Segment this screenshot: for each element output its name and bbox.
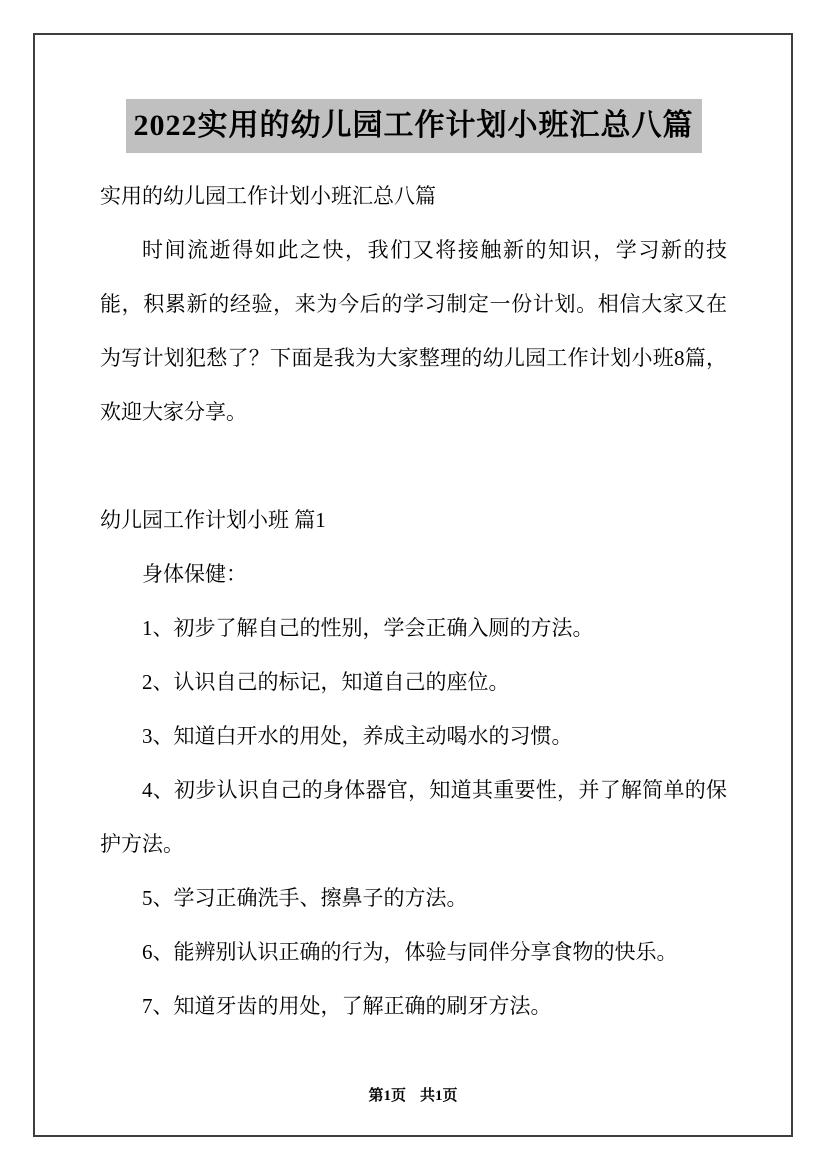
paragraph: 4、初步认识自己的身体器官，知道其重要性，并了解简单的保护方法。 [100, 763, 727, 871]
document-subtitle: 实用的幼儿园工作计划小班汇总八篇 [100, 169, 727, 223]
paragraph: 2、认识自己的标记，知道自己的座位。 [100, 655, 727, 709]
paragraph: 身体保健： [100, 547, 727, 601]
document-title-highlight: 2022实用的幼儿园工作计划小班汇总八篇 [126, 99, 702, 153]
page-total-label: 共1页 [420, 1088, 458, 1104]
paragraph: 3、知道白开水的用处，养成主动喝水的习惯。 [100, 709, 727, 763]
paragraph: 5、学习正确洗手、擦鼻子的方法。 [100, 871, 727, 925]
intro-paragraph: 时间流逝得如此之快，我们又将接触新的知识，学习新的技能，积累新的经验，来为今后的… [100, 223, 727, 439]
paragraph: 1、初步了解自己的性别，学会正确入厕的方法。 [100, 601, 727, 655]
document-canvas: 2022实用的幼儿园工作计划小班汇总八篇 实用的幼儿园工作计划小班汇总八篇 时间… [0, 0, 827, 1170]
page-footer: 第1页共1页 [35, 1087, 791, 1105]
paragraph: 6、能辨别认识正确的行为，体验与同伴分享食物的快乐。 [100, 925, 727, 979]
section-heading: 幼儿园工作计划小班 篇1 [100, 493, 727, 547]
page-content: 2022实用的幼儿园工作计划小班汇总八篇 实用的幼儿园工作计划小班汇总八篇 时间… [35, 35, 791, 1033]
page-number-label: 第1页 [368, 1088, 406, 1104]
document-page: 2022实用的幼儿园工作计划小班汇总八篇 实用的幼儿园工作计划小班汇总八篇 时间… [33, 33, 793, 1137]
document-title: 2022实用的幼儿园工作计划小班汇总八篇 [100, 99, 727, 153]
paragraph: 7、知道牙齿的用处，了解正确的刷牙方法。 [100, 979, 727, 1033]
